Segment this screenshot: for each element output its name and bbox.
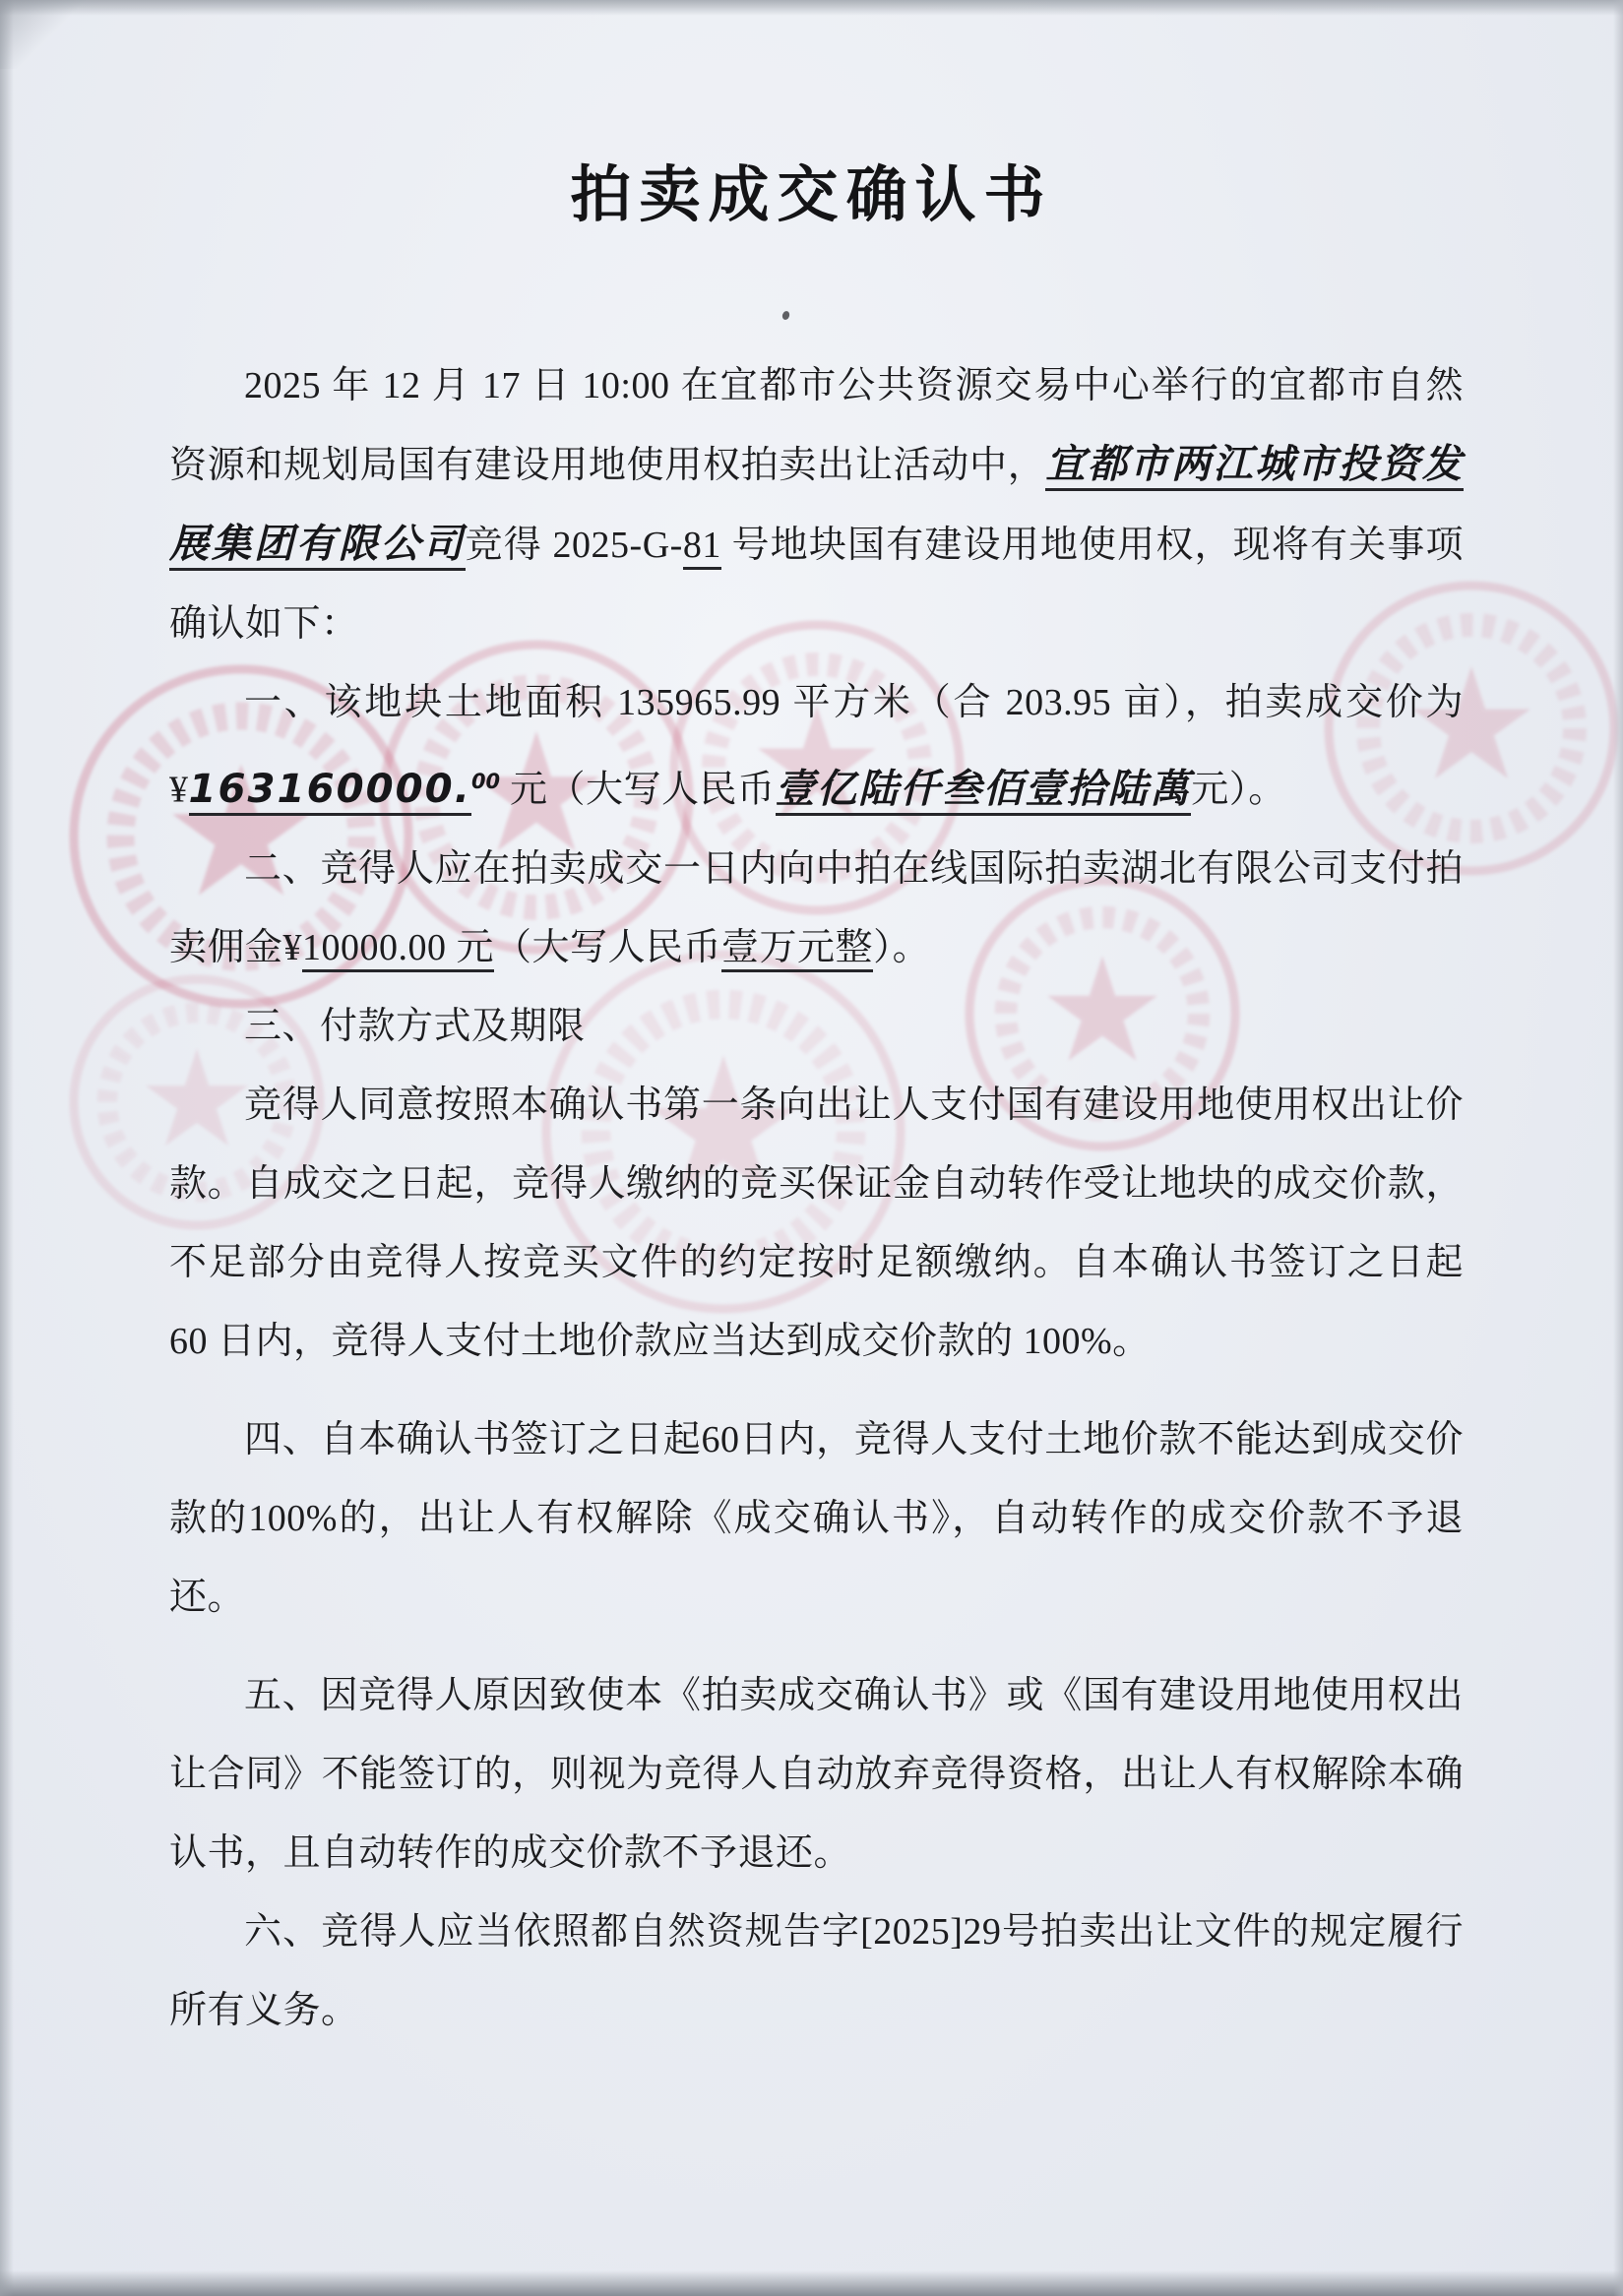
document-page: 拍卖成交确认书 2025 年 12 月 17 日 10:00 在宜都市公共资源交… (0, 0, 1623, 2296)
printed-text: 竞得人同意按照本确认书第一条向出让人支付国有建设用地使用权出让价款。自成交之日起… (169, 1085, 1464, 1362)
scan-artifact-dot (781, 310, 791, 321)
paragraph-clause-1: 一、该地块土地面积 135965.99 平方米（合 203.95 亩），拍卖成交… (169, 663, 1464, 830)
printed-text: ）。 (873, 927, 930, 968)
paragraph-clause-6: 六、竞得人应当依照都自然资规告字[2025]29号拍卖出让文件的规定履行所有义务… (169, 1893, 1464, 2050)
printed-text: 10000.00 元 (302, 927, 494, 972)
printed-text: 五、因竞得人原因致使本《拍卖成交确认书》或《国有建设用地使用权出让合同》不能签订… (169, 1675, 1464, 1874)
printed-text: 81 (683, 525, 721, 570)
printed-text: 元）。 (1191, 770, 1286, 811)
paragraph-clause-3-heading: 三、付款方式及期限 (169, 987, 1464, 1066)
paragraph-clause-3-body: 竞得人同意按照本确认书第一条向出让人支付国有建设用地使用权出让价款。自成交之日起… (169, 1066, 1464, 1381)
printed-text: 六、竞得人应当依照都自然资规告字[2025]29号拍卖出让文件的规定履行所有义务… (169, 1911, 1464, 2031)
paragraph-clause-2: 二、竞得人应在拍卖成交一日内向中拍在线国际拍卖湖北有限公司支付拍卖佣金¥1000… (169, 830, 1464, 987)
printed-text: 元（大写人民币 (500, 770, 776, 811)
scan-edge-shadow-bottom (0, 2270, 1623, 2296)
printed-text: 三、付款方式及期限 (244, 1006, 586, 1047)
handwritten-text: 00 (471, 770, 500, 793)
document-body: 2025 年 12 月 17 日 10:00 在宜都市公共资源交易中心举行的宜都… (0, 346, 1623, 2050)
paragraph-clause-4: 四、自本确认书签订之日起60日内，竞得人支付土地价款不能达到成交价款的100%的… (169, 1400, 1464, 1637)
handwritten-text: 壹亿陆仟叁佰壹拾陆萬 (776, 767, 1192, 816)
scan-edge-shadow-top (0, 0, 1623, 16)
paragraph-clause-5: 五、因竞得人原因致使本《拍卖成交确认书》或《国有建设用地使用权出让合同》不能签订… (169, 1656, 1464, 1893)
printed-text: 壹万元整 (721, 927, 873, 972)
document-title: 拍卖成交确认书 (0, 146, 1623, 233)
scan-corner-shadow (0, 0, 89, 69)
printed-text: 四、自本确认书签订之日起60日内，竞得人支付土地价款不能达到成交价款的100%的… (169, 1419, 1464, 1618)
handwritten-text: 163160000. (189, 767, 471, 816)
printed-text: （大写人民币 (494, 927, 721, 968)
paragraph-intro: 2025 年 12 月 17 日 10:00 在宜都市公共资源交易中心举行的宜都… (169, 346, 1464, 663)
printed-text: 竞得 2025-G- (466, 525, 683, 566)
